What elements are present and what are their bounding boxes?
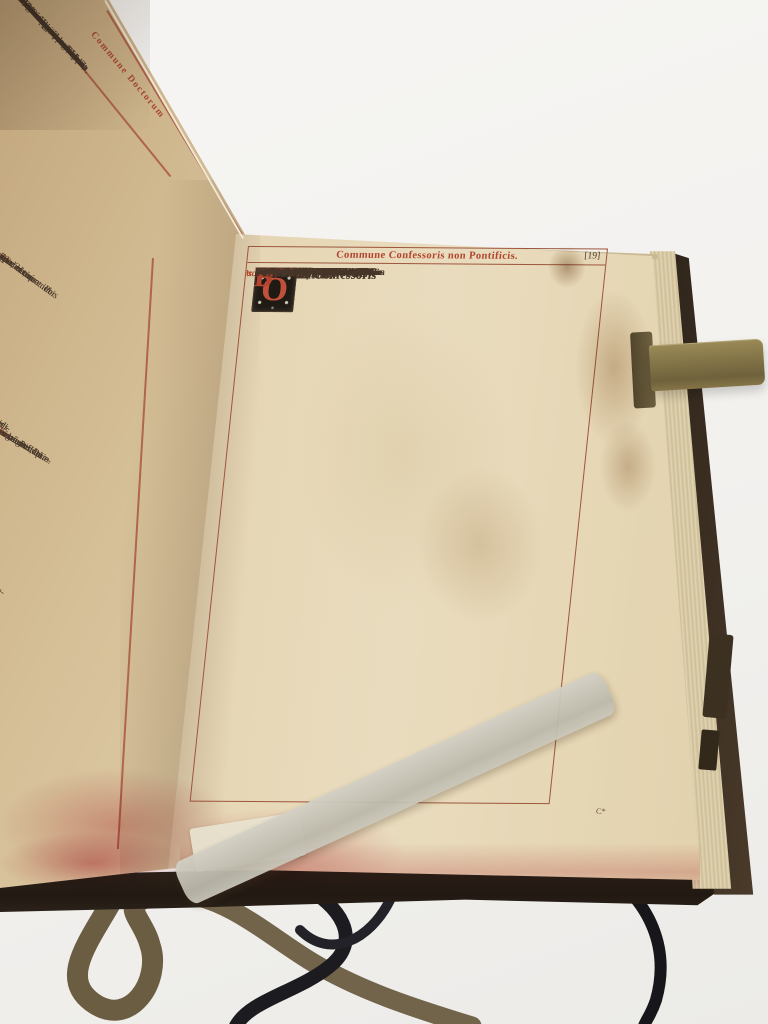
clasp-catch — [698, 729, 719, 770]
text-segment: in regno cœlórum. — [0, 0, 48, 29]
page-header: Commune Confessoris non Pontificis. [19] — [247, 247, 607, 265]
text-segment: et docúerit, hic magnus vocábitur — [0, 0, 87, 71]
photo-of-open-missal: Commune Doctorum assúmptiónis meæ instat… — [0, 0, 768, 1024]
running-head: Commune Confessoris non Pontificis. — [336, 250, 519, 262]
text-segment: bit illis. Et si vénerit in secúnda — [255, 267, 370, 279]
left-page-text-fragment: assúmptiónis meæ instat.Bonum certámen c… — [0, 0, 2, 180]
brass-clasp-strap — [649, 339, 766, 392]
olive-ribbon — [150, 894, 472, 1024]
text-segment: Dóminum nostrum. — [0, 215, 12, 268]
text-segment: lándum dilúculo ad Dóminum, qui — [0, 525, 1, 597]
left-page-text-fragment: Postcommunio.Pro Doctore non Pontifice.U… — [0, 525, 115, 647]
page-number: [19] — [584, 251, 601, 261]
right-column: in Dómino, et eleemósynas illíusenarrábi… — [247, 264, 441, 268]
signature-mark: C* — [596, 806, 606, 816]
